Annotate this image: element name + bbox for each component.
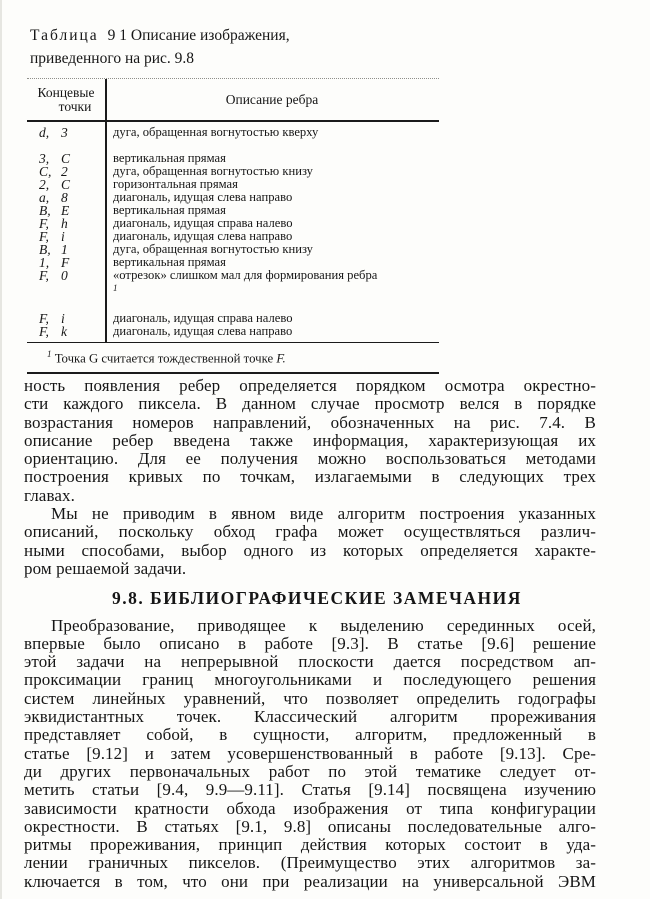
edge-description: дуга, обращенная вогнутостью кверху — [105, 126, 439, 139]
table-caption: Таблица9 1 Описание изображения, приведе… — [30, 24, 450, 70]
edge-description: диагональ, идущая слева направо — [105, 325, 439, 338]
text-line: этой задачи на непрерывной плоскости дае… — [24, 653, 596, 671]
table-caption-line2: приведенного на рис. 9.8 — [30, 50, 194, 67]
table-column-separator — [105, 79, 107, 342]
text-line: статье [9.12] и затем усовершенствованны… — [24, 745, 596, 763]
endpoint-pair: d,3 — [27, 126, 105, 139]
table-grid: Концевые точки Описание ребра d,3дуга, о… — [27, 78, 439, 343]
text-line: лении граничных пикселов. (Преимущество … — [24, 854, 596, 872]
text-line: ритмы прореживания, принцип действия кот… — [24, 836, 596, 854]
table-header-endpoints-line2: точки — [27, 100, 105, 114]
section-heading: 9.8. БИБЛИОГРАФИЧЕСКИЕ ЗАМЕЧАНИЯ — [38, 589, 596, 607]
scanned-book-page: Таблица9 1 Описание изображения, приведе… — [0, 0, 650, 899]
paragraph: Мы не приводим в явном виде алгоритм пос… — [24, 505, 596, 578]
table-header-row: Концевые точки Описание ребра — [27, 79, 439, 122]
text-line: ность появления ребер определяется поряд… — [24, 377, 596, 395]
table-row: B,1дуга, обращенная вогнутостью книзу — [27, 243, 439, 256]
table-caption-word: Таблица — [30, 27, 99, 44]
text-line: представляет собой, в сущности, алгоритм… — [24, 726, 596, 744]
text-line: ключается в том, что они при реализации … — [24, 873, 596, 891]
text-line: описание ребер введена также информация,… — [24, 432, 596, 450]
text-line: ди других первоначальных работ по этой т… — [24, 763, 596, 781]
table-caption-rest: 9 1 Описание изображения, — [108, 27, 290, 44]
text-line: ром решаемой задачи. — [24, 560, 596, 578]
text-line: зависимости кратности обхода изображения… — [24, 800, 596, 818]
text-line: проксимации границ многоугольниками и по… — [24, 671, 596, 689]
text-line: впервые было описано в работе [9.3]. В с… — [24, 635, 596, 653]
table-header-endpoints: Концевые точки — [27, 86, 105, 114]
text-line: возрастания номеров направлений, обознач… — [24, 414, 596, 432]
table-row: F,0«отрезок» слишком мал для формировани… — [27, 269, 439, 299]
text-line: систем линейных уравнений, что позволяет… — [24, 690, 596, 708]
text-line: Преобразование, приводящее к выделению с… — [24, 617, 596, 635]
paragraph: ность появления ребер определяется поряд… — [24, 377, 596, 505]
paragraph: Преобразование, приводящее к выделению с… — [24, 617, 596, 891]
table-row: d,3дуга, обращенная вогнутостью кверху — [27, 126, 439, 139]
text-line: описаний, поскольку обход графа может ос… — [24, 523, 596, 541]
text-line: главах. — [24, 487, 596, 505]
edge-description: «отрезок» слишком мал для формирования р… — [105, 269, 439, 299]
footnote-text: Точка G считается тождественной точке — [52, 351, 277, 365]
text-line: Мы не приводим в явном виде алгоритм пос… — [24, 505, 596, 523]
text-line: ными способами, выбор одного из которых … — [24, 542, 596, 560]
table-footnote: 1 Точка G считается тождественной точке … — [27, 343, 439, 374]
endpoint-pair: F,k — [27, 325, 105, 338]
footnote-tail: F. — [276, 351, 285, 365]
text-line: окрестности. В статьях [9.1, 9.8] описан… — [24, 818, 596, 836]
text-line: сти каждого пиксела. В данном случае про… — [24, 395, 596, 413]
table-rows: d,3дуга, обращенная вогнутостью кверху3,… — [27, 122, 439, 342]
edge-description-table: Концевые точки Описание ребра d,3дуга, о… — [27, 78, 439, 374]
table-header-description: Описание ребра — [105, 93, 439, 107]
text-line: построения кривых по точкам, излагаемыми… — [24, 468, 596, 486]
text-line: ориентацию. Для ее получения можно воспо… — [24, 450, 596, 468]
table-header-endpoints-line1: Концевые — [38, 85, 95, 100]
text-line: метить статьи [9.4, 9.9—9.11]. Статья [9… — [24, 781, 596, 799]
table-row: a,8диагональ, идущая слева направо — [27, 191, 439, 204]
body-text: ность появления ребер определяется поряд… — [24, 377, 596, 891]
text-line: эквидистантных точек. Классический алгор… — [24, 708, 596, 726]
endpoint-pair: F,0 — [27, 269, 105, 299]
table-row: F,kдиагональ, идущая слева направо — [27, 325, 439, 338]
